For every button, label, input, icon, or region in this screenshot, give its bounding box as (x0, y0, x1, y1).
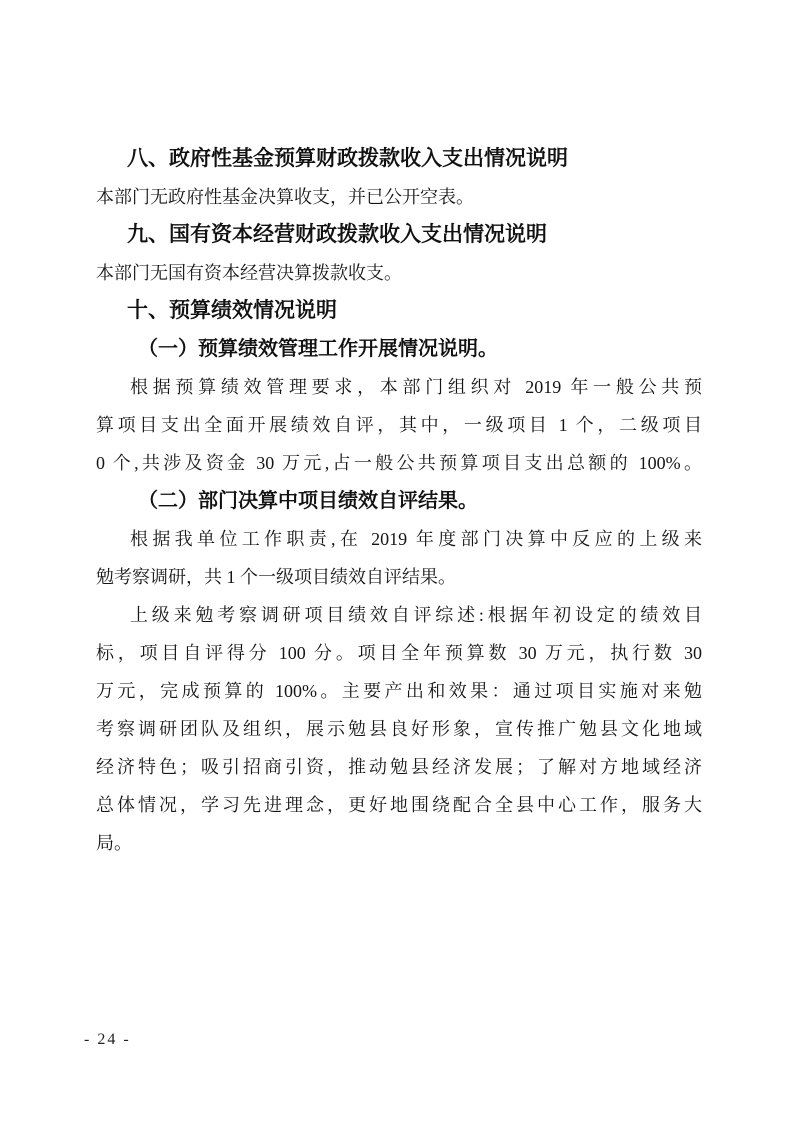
paragraph-10-2b-line-4: 考察调研团队及组织，展示勉县良好形象，宣传推广勉县文化地域 (96, 710, 702, 748)
paragraph-10-2b-line-7: 局。 (96, 824, 702, 862)
paragraph-10-2a-line-1: 根据我单位工作职责,在 2019 年度部门决算中反应的上级来 (96, 520, 702, 558)
paragraph-10-1-line-3: 0 个,共涉及资金 30 万元,占一般公共预算项目支出总额的 100%。 (96, 444, 702, 482)
heading-section-10: 十、预算绩效情况说明 (96, 292, 702, 330)
document-page: 八、政府性基金预算财政拨款收入支出情况说明 本部门无政府性基金决算收支，并已公开… (0, 0, 793, 1122)
paragraph-10-1-line-1: 根据预算绩效管理要求，本部门组织对 2019 年一般公共预 (96, 368, 702, 406)
paragraph-10-2b-line-3: 万元，完成预算的 100%。主要产出和效果：通过项目实施对来勉 (96, 672, 702, 710)
document-content: 八、政府性基金预算财政拨款收入支出情况说明 本部门无政府性基金决算收支，并已公开… (96, 140, 702, 862)
heading-section-8: 八、政府性基金预算财政拨款收入支出情况说明 (96, 140, 702, 178)
paragraph-10-2b-line-2: 标，项目自评得分 100 分。项目全年预算数 30 万元，执行数 30 (96, 634, 702, 672)
paragraph-10-2a-line-2: 勉考察调研，共 1 个一级项目绩效自评结果。 (96, 558, 702, 596)
paragraph-10-2b-line-1: 上级来勉考察调研项目绩效自评综述:根据年初设定的绩效目 (96, 596, 702, 634)
page-number: - 24 - (84, 1031, 131, 1049)
subheading-10-1: （一）预算绩效管理工作开展情况说明。 (96, 330, 702, 368)
paragraph-10-1-line-2: 算项目支出全面开展绩效自评，其中，一级项目 1 个，二级项目 (96, 406, 702, 444)
paragraph-section-8: 本部门无政府性基金决算收支，并已公开空表。 (96, 178, 702, 216)
paragraph-section-9: 本部门无国有资本经营决算拨款收支。 (96, 254, 702, 292)
heading-section-9: 九、国有资本经营财政拨款收入支出情况说明 (96, 216, 702, 254)
paragraph-10-2b-line-5: 经济特色；吸引招商引资，推动勉县经济发展；了解对方地域经济 (96, 748, 702, 786)
subheading-10-2: （二）部门决算中项目绩效自评结果。 (96, 482, 702, 520)
paragraph-10-2b-line-6: 总体情况，学习先进理念，更好地围绕配合全县中心工作，服务大 (96, 786, 702, 824)
